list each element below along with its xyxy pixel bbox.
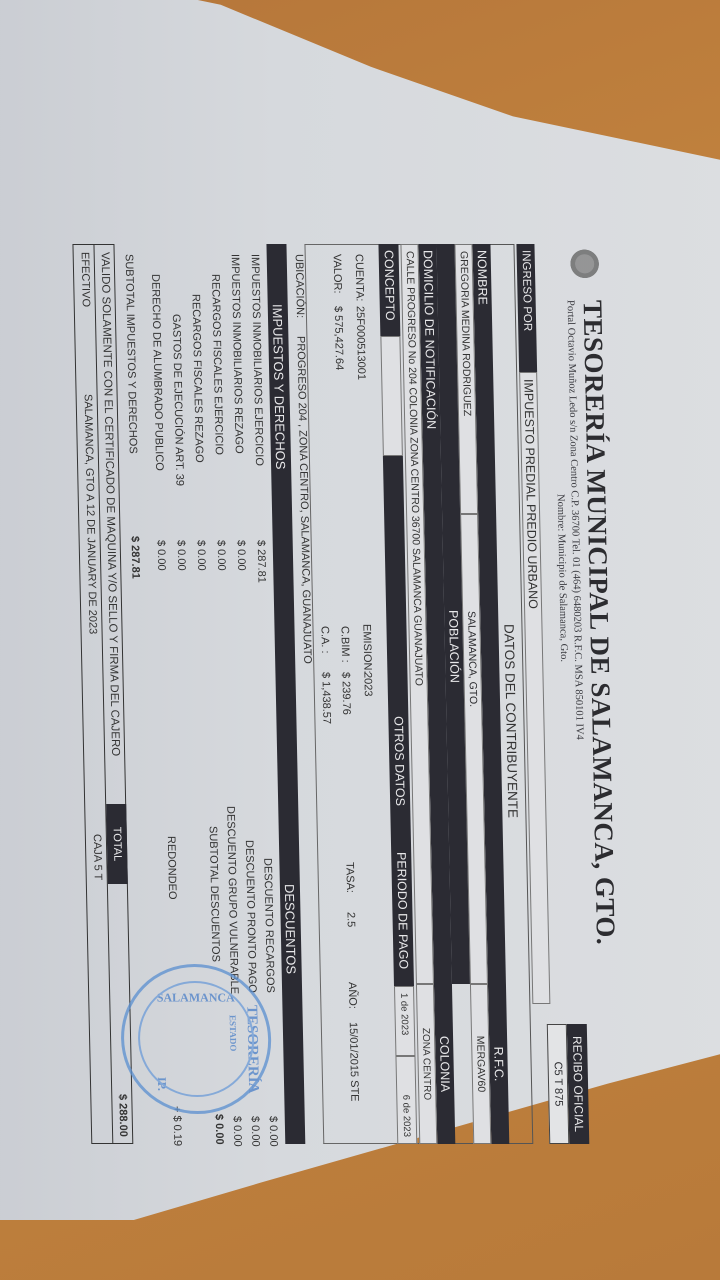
impuesto-item-label: RECARGOS FISCALES EJERCICIO <box>209 274 225 455</box>
tasa-value: 2.5 <box>344 912 356 927</box>
stamp-top-text: TESORERÍA <box>242 1005 261 1093</box>
rfc-label: R.F.C. <box>488 984 509 1144</box>
cashier-id: CAJA 5 T <box>91 834 104 880</box>
impuesto-item-amount: $ 0.00 <box>175 540 188 571</box>
descuento-item-amount: $ 0.00 <box>249 1116 262 1147</box>
impuestos-subtotal-label: SUBTOTAL IMPUESTOS Y DERECHOS <box>123 254 139 454</box>
descuento-item-label: DESCUENTO RECARGOS <box>261 858 276 993</box>
ingreso-label: INGRESO POR <box>516 244 537 372</box>
stamp-bottom-text: IP. <box>154 1077 169 1091</box>
cuenta-value: 25F000513001 <box>354 306 368 380</box>
impuesto-item-label: IMPUESTOS INMOBILIARIOS REZAGO <box>229 254 245 454</box>
receipt-number: C5 T 875 <box>547 1024 570 1144</box>
descuentos-subtotal-amount: $ 0.00 <box>213 1114 226 1145</box>
ca-value: $ 1,438.57 <box>319 672 332 724</box>
stamp-mid-text: ESTADO <box>228 1015 239 1051</box>
valor-label: VALOR: <box>331 254 344 294</box>
descuento-item-amount: $ 0.00 <box>231 1116 244 1147</box>
descuentos-subtotal-label: SUBTOTAL DESCUENTOS <box>207 826 222 962</box>
periodo-from: 1 de 2023 <box>394 986 415 1056</box>
payment-method: EFECTIVO <box>79 252 92 307</box>
stamp-side-text: SALAMANCA <box>157 991 235 1006</box>
rfc-value: MERGAV60 <box>470 984 491 1144</box>
cbim-value: $ 239.76 <box>339 672 352 715</box>
ano-label: AÑO: <box>346 982 359 1009</box>
ca-label: C.A. : <box>318 626 331 654</box>
valor-value: $ 575,427.64 <box>332 306 345 370</box>
tasa-label: TASA: <box>343 862 356 893</box>
concepto-label: CONCEPTO <box>378 244 400 336</box>
treasury-name-line: Nombre: Municipio de Salamanca, Gto. <box>555 494 570 662</box>
descuento-item-amount: $ 0.00 <box>267 1116 280 1147</box>
cuenta-label: CUENTA: <box>353 254 366 301</box>
impuesto-item-amount: $ 287.81 <box>255 540 268 583</box>
impuestos-title: IMPUESTOS Y DERECHOS <box>270 304 288 469</box>
total-amount: $ 288.00 <box>116 1094 129 1137</box>
periodo-to: 6 de 2023 <box>395 1056 417 1144</box>
redondeo-label: REDONDEO <box>165 836 178 900</box>
colonia-label: COLONIA <box>434 984 455 1144</box>
impuesto-item-label: DERECHO DE ALUMBRADO PUBLICO <box>149 274 165 471</box>
municipal-logo-icon <box>564 244 601 288</box>
impuesto-item-amount: $ 0.00 <box>235 540 248 571</box>
descuento-item-label: DESCUENTO PRONTO PAGO <box>243 840 258 993</box>
periodo-label: PERIODO DE PAGO <box>391 846 414 986</box>
descuento-item-label: DESCUENTO GRUPO VULNERABLE <box>224 806 240 994</box>
ubicacion-label: UBICACIÓN: <box>293 254 306 318</box>
receipt-number-box: RECIBO OFICIAL C5 T 875 <box>547 1024 590 1144</box>
concepto-value <box>380 336 403 456</box>
total-label: TOTAL <box>106 804 128 884</box>
official-receipt: TESORERÍA MUNICIPAL DE SALAMANCA, GTO. P… <box>64 244 623 1156</box>
impuesto-item-amount: $ 0.00 <box>215 540 228 571</box>
colonia-value: ZONA CENTRO <box>416 984 437 1144</box>
cbim-label: C.BIM : <box>338 626 351 663</box>
impuestos-subtotal-amount: $ 287.81 <box>129 536 142 579</box>
emision-label: EMISION: <box>360 624 373 674</box>
impuesto-item-amount: $ 0.00 <box>195 540 208 571</box>
receipt-label: RECIBO OFICIAL <box>567 1024 590 1144</box>
impuesto-item-amount: $ 0.00 <box>155 540 168 571</box>
descuentos-title: DESCUENTOS <box>282 884 299 974</box>
impuesto-item-label: IMPUESTOS INMOBILIARIOS EJERCICIO <box>249 254 265 466</box>
ano-value: 15/01/2015 STE <box>347 1022 361 1102</box>
impuesto-item-label: RECARGOS FISCALES REZAGO <box>189 294 205 463</box>
impuesto-item-label: GASTOS DE EJECUCIÓN ART. 39 <box>170 314 186 486</box>
emision-value: 2023 <box>361 672 374 696</box>
